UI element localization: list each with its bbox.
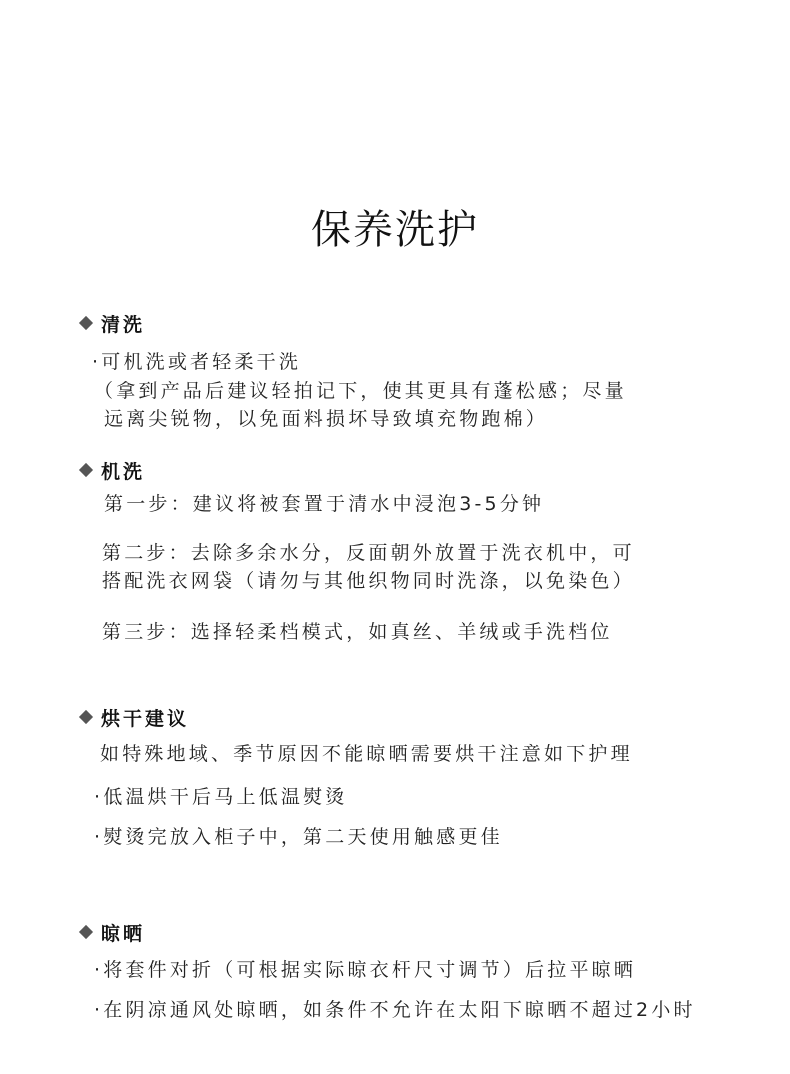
machine-wash-step-1: 第一步：建议将被套置于清水中浸泡3-5分钟	[104, 489, 544, 516]
diamond-bullet-icon	[79, 710, 93, 724]
section-heading-label: 烘干建议	[101, 704, 189, 731]
drying-tip-2: ·熨烫完放入柜子中，第二天使用触感更佳	[94, 822, 503, 849]
machine-wash-step-2-line-1: 第二步：去除多余水分，反面朝外放置于洗衣机中，可	[102, 538, 635, 565]
section-heading: 晾晒	[78, 919, 778, 945]
diamond-bullet-icon	[79, 316, 93, 330]
section-heading: 机洗	[78, 457, 778, 483]
page-title: 保养洗护	[0, 198, 790, 255]
section-heading-label: 机洗	[101, 457, 145, 484]
section-heading: 烘干建议	[78, 704, 778, 730]
air-drying-tip-2: ·在阴凉通风处晾晒，如条件不允许在太阳下晾晒不超过2小时	[94, 995, 696, 1022]
diamond-bullet-icon	[79, 925, 93, 939]
section-cleaning: 清洗	[78, 310, 778, 336]
section-drying-advice: 烘干建议	[78, 704, 778, 730]
section-heading-label: 清洗	[101, 310, 145, 337]
machine-wash-step-2-line-2: 搭配洗衣网袋（请勿与其他织物同时洗涤，以免染色）	[102, 566, 635, 593]
section-heading-label: 晾晒	[101, 919, 145, 946]
drying-tip-1: ·低温烘干后马上低温熨烫	[94, 782, 347, 809]
air-drying-tip-1: ·将套件对折（可根据实际晾衣杆尺寸调节）后拉平晾晒	[94, 955, 636, 982]
cleaning-line-1: ·可机洗或者轻柔干洗	[92, 347, 301, 374]
section-air-drying: 晾晒	[78, 919, 778, 945]
machine-wash-step-3: 第三步：选择轻柔档模式，如真丝、羊绒或手洗档位	[102, 617, 613, 644]
diamond-bullet-icon	[79, 463, 93, 477]
cleaning-line-2: （拿到产品后建议轻拍记下，使其更具有蓬松感；尽量	[94, 376, 627, 403]
section-machine-wash: 机洗	[78, 457, 778, 483]
cleaning-line-3: 远离尖锐物，以免面料损坏导致填充物跑棉）	[104, 404, 548, 431]
section-heading: 清洗	[78, 310, 778, 336]
drying-intro: 如特殊地域、季节原因不能晾晒需要烘干注意如下护理	[100, 739, 633, 766]
